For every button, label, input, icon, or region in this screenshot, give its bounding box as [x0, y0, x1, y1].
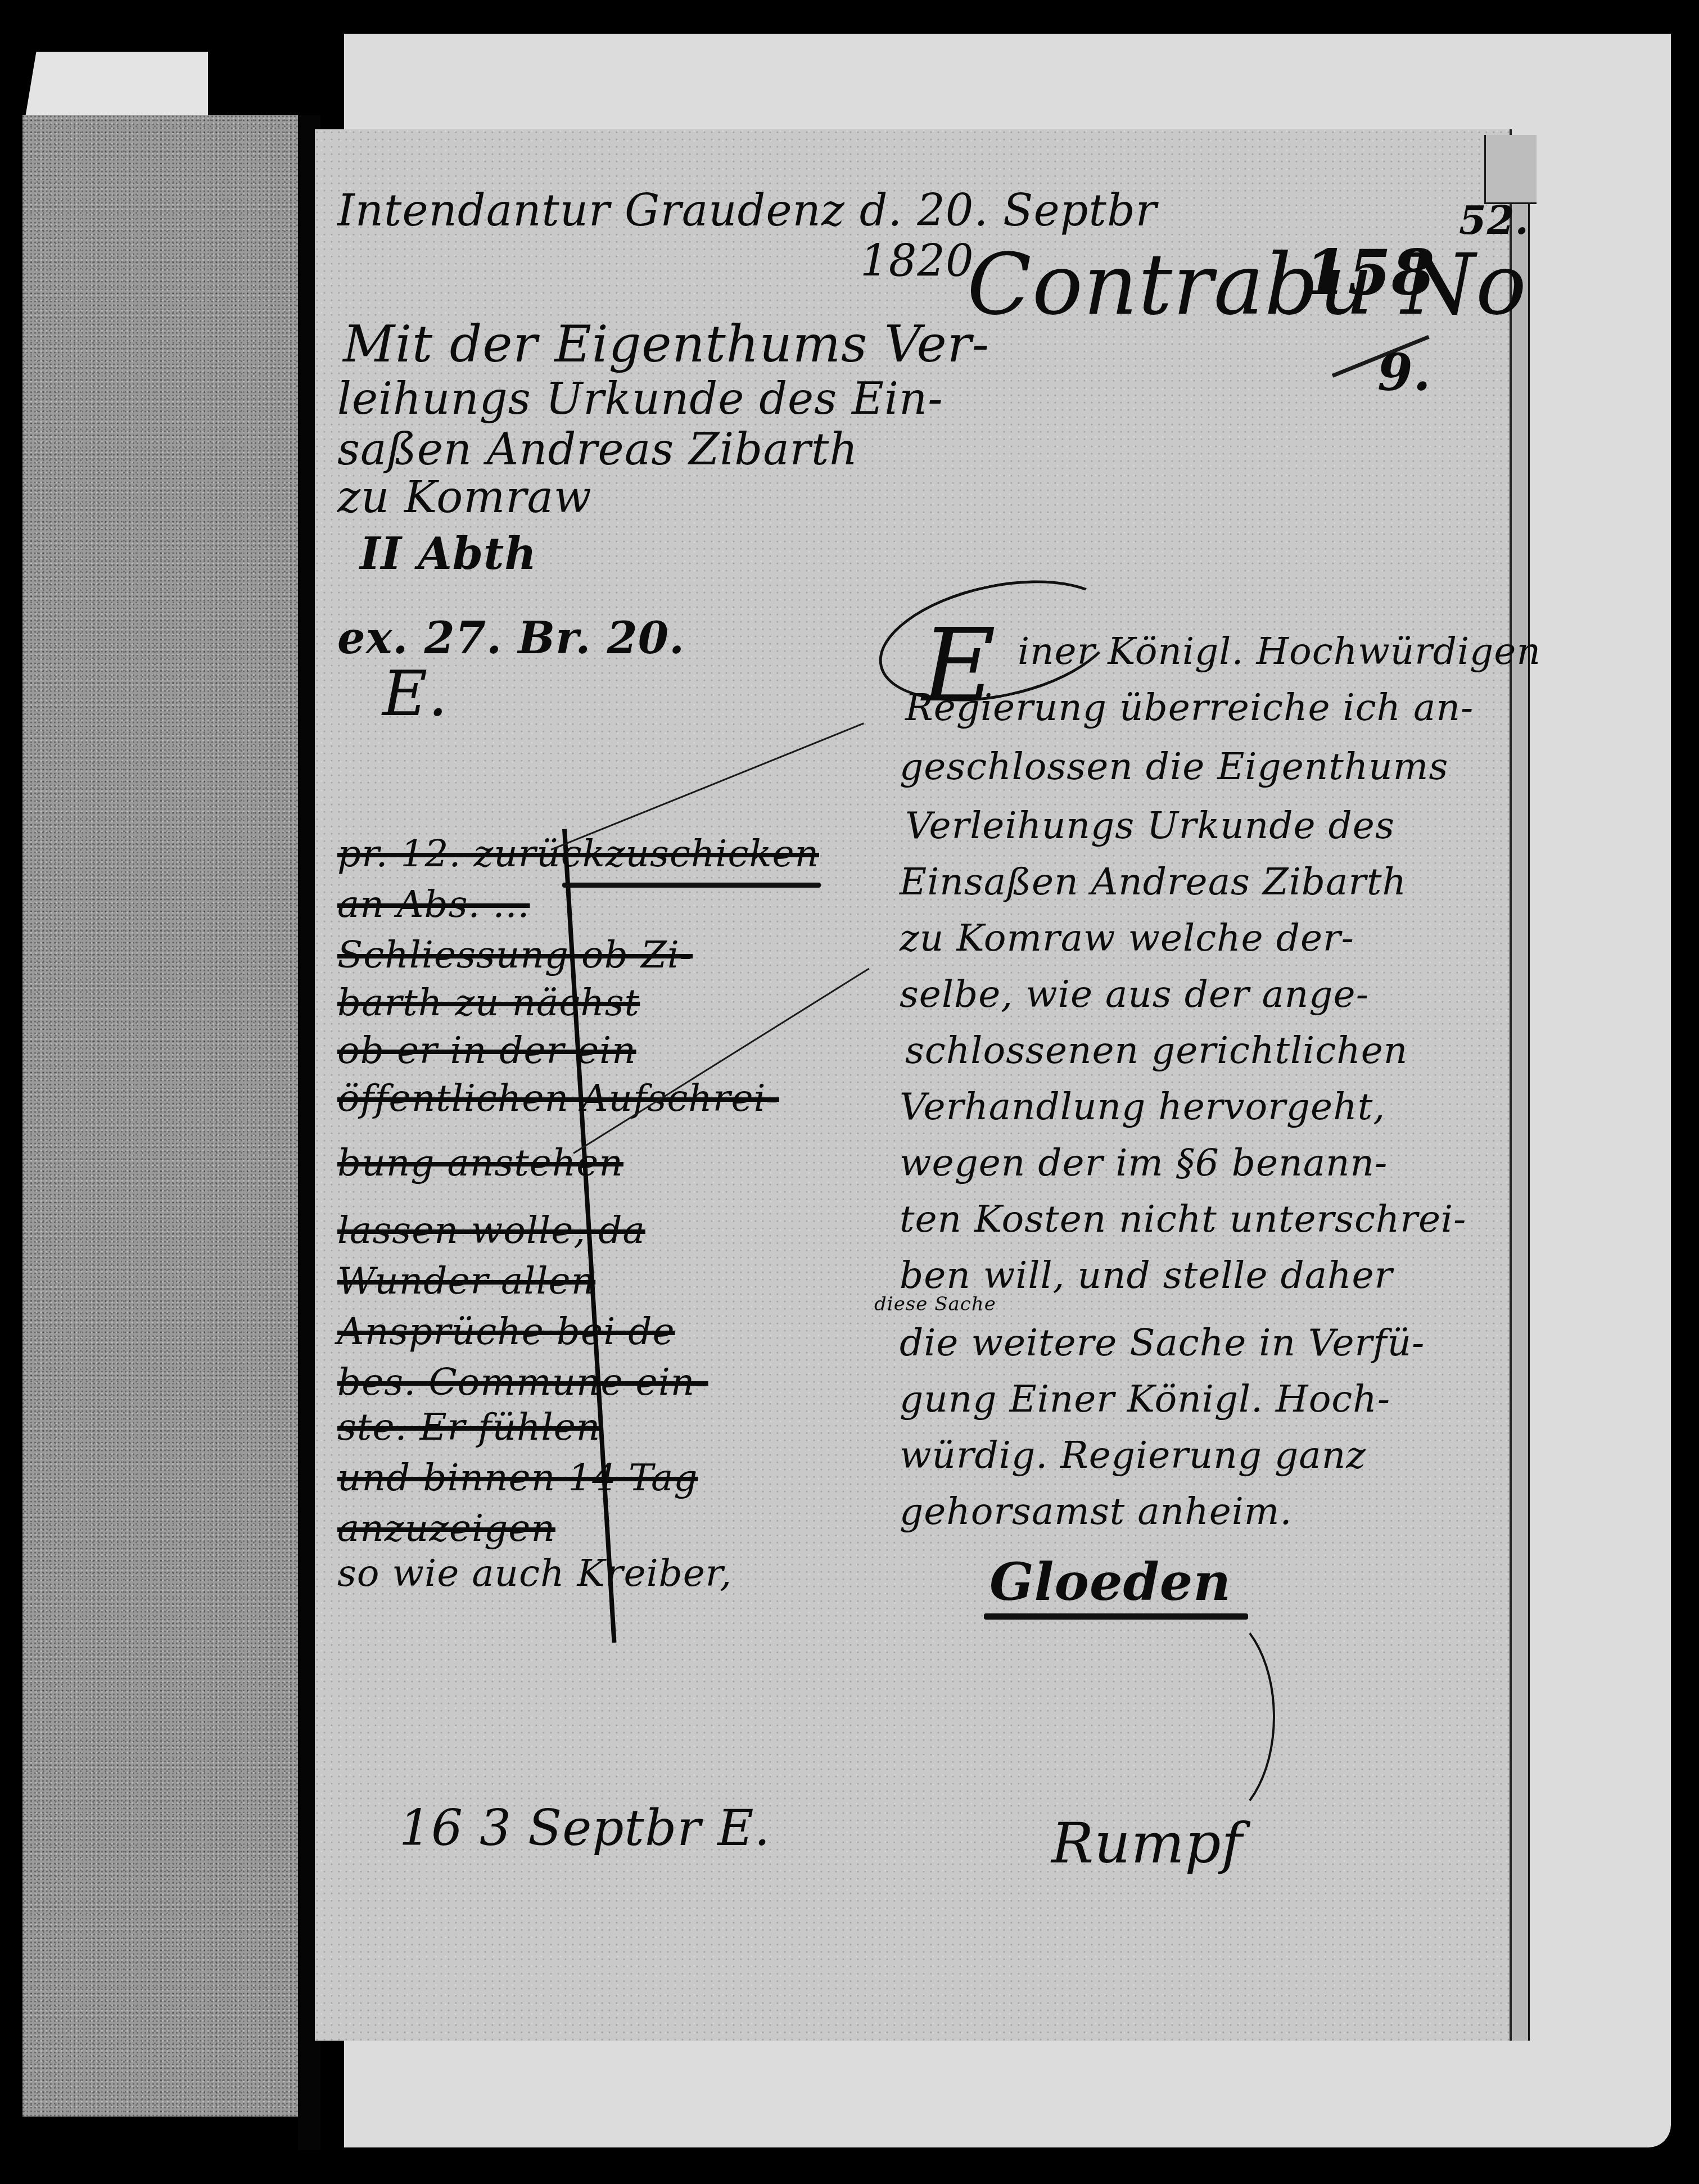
body-line: ten Kosten nicht unterschrei-: [900, 1197, 1466, 1241]
draft-line: Wunder allen: [337, 1259, 595, 1303]
file-reference-label: Contrabu No: [967, 236, 1527, 334]
draft-line: ob er in der ein: [337, 1029, 636, 1072]
body-line: Regierung überreiche ich an-: [905, 686, 1474, 729]
body-line: iner Königl. Hochwürdigen: [1018, 630, 1541, 673]
body-line: geschlossen die Eigenthums: [900, 745, 1448, 788]
department-label: II Abth: [360, 528, 537, 580]
body-line: die weitere Sache in Verfü-: [900, 1321, 1425, 1364]
subject-line: Mit der Eigenthums Ver-: [343, 315, 989, 374]
subject-line: zu Komraw: [337, 472, 592, 523]
initial-mark: E.: [382, 658, 448, 730]
draft-line: an Abs. ...: [337, 883, 530, 926]
folded-corner: [1484, 135, 1537, 204]
draft-line: lassen wolle, da: [337, 1209, 645, 1252]
sender-line: Intendantur Graudenz d. 20. Septbr: [337, 186, 1157, 236]
closing-line: so wie auch Kreiber,: [337, 1552, 732, 1595]
draft-line: und binnen 14 Tag: [337, 1456, 698, 1499]
draft-line: anzuzeigen: [337, 1507, 555, 1550]
body-line: wegen der im §6 benann-: [900, 1141, 1388, 1184]
draft-line: Schliessung ob Zi-: [337, 933, 693, 976]
file-reference-number: 158: [1304, 236, 1435, 309]
draft-line: öffentlichen Aufschrei-: [337, 1077, 779, 1120]
body-line: gung Einer Königl. Hoch-: [900, 1377, 1390, 1421]
body-line: zu Komraw welche der-: [900, 916, 1354, 960]
footer-date: 16 3 Septbr E.: [399, 1799, 771, 1857]
draft-strike-bar: [562, 883, 821, 888]
draft-line: Ansprüche bei de: [337, 1310, 675, 1353]
body-line: ben will, und stelle daher: [900, 1254, 1393, 1297]
signature-gloeden: Gloeden: [989, 1552, 1231, 1612]
body-line: schlossenen gerichtlichen: [905, 1029, 1408, 1072]
draft-line: ste. Er fühlen: [337, 1405, 600, 1449]
binding-spine: [22, 115, 301, 2117]
body-line: würdig. Regierung ganz: [900, 1434, 1366, 1477]
body-line: Einsaßen Andreas Zibarth: [900, 860, 1407, 903]
draft-line: bes. Commune ein-: [337, 1360, 708, 1404]
file-reference-sub: 9.: [1377, 343, 1431, 403]
registry-note: ex. 27. Br. 20.: [337, 613, 685, 664]
margin-insert: diese Sache: [874, 1293, 996, 1315]
subject-line: saßen Andreas Zibarth: [337, 424, 858, 475]
page-stack-edge: [1512, 146, 1530, 2041]
draft-line: barth zu nächst: [337, 981, 640, 1024]
subject-line: leihungs Urkunde des Ein-: [337, 374, 943, 424]
signature-rumpf: Rumpf: [1051, 1810, 1243, 1876]
body-line: selbe, wie aus der ange-: [900, 973, 1369, 1016]
body-line: gehorsamst anheim.: [900, 1490, 1292, 1533]
signature-flourish: [1141, 1608, 1275, 1826]
body-line: Verleihungs Urkunde des: [905, 804, 1395, 847]
body-line: Verhandlung hervorgeht,: [900, 1085, 1385, 1128]
